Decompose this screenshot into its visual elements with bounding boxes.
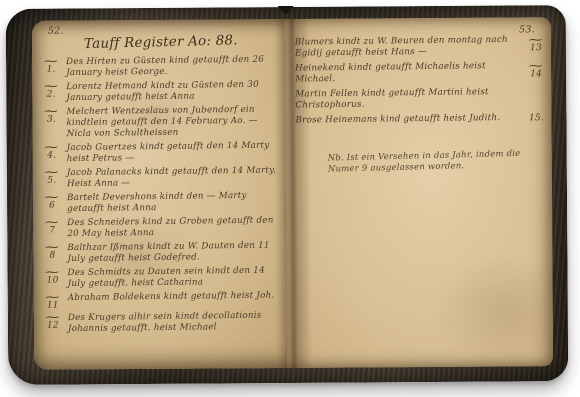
- squiggle-mark: ~: [527, 36, 544, 44]
- squiggle-mark: ~: [528, 62, 545, 70]
- open-pages: 52. Tauff Register Ao: 88. ~ 1. Des Hirt…: [32, 17, 553, 370]
- entry-number-label: 15.: [529, 114, 544, 122]
- page-number-right: 53.: [519, 24, 535, 35]
- entry-number: 15.: [523, 113, 549, 122]
- register-entry: ~ 11 Abraham Boldekens kindt getaufft he…: [38, 291, 281, 310]
- entry-text: Jacob Palanacks kindt getaufft den 14 Ma…: [67, 165, 280, 190]
- entry-text: Brose Heinemans kind getaufft heist Judi…: [295, 113, 523, 127]
- left-entries-list: ~ 1. Des Hirten zu Güsten kind getaufft …: [32, 55, 287, 335]
- register-title: Tauff Register Ao: 88.: [84, 31, 277, 52]
- entry-number: [523, 87, 549, 88]
- entry-text: Des Hirten zu Güsten kind getaufft den 2…: [66, 54, 279, 79]
- entry-number: ~ 11: [38, 293, 68, 310]
- entry-number: NB. ~ 8: [37, 243, 67, 260]
- squiggle-mark: ~: [43, 108, 60, 116]
- squiggle-mark: ~: [43, 144, 60, 152]
- entry-text: Des Schneiders kind zu Groben getaufft d…: [67, 215, 280, 240]
- register-entry: Heinekend kindt getaufft Michaelis heist…: [295, 61, 549, 85]
- entry-number: ~ 4.: [37, 143, 67, 160]
- register-entry: Blumers kindt zu W. Beuren den montag na…: [295, 35, 549, 59]
- entry-number: ~ 12: [38, 313, 68, 330]
- entry-text: Blumers kindt zu W. Beuren den montag na…: [295, 35, 523, 60]
- register-entry: ~ 12 Des Krugers alhir sein kindt decoll…: [38, 311, 281, 335]
- entry-text: Abraham Boldekens kindt getaufft heist J…: [68, 290, 281, 304]
- entry-number: ~ 1.: [36, 57, 66, 74]
- squiggle-mark: ~: [44, 314, 61, 322]
- entry-text: Jacob Guertzes kindt getaufft den 14 Mar…: [67, 140, 280, 165]
- squiggle-mark: ~: [44, 219, 61, 227]
- register-entry: NB. ~ 8 Balthzar Ißmans kindt zu W. Daut…: [37, 241, 280, 265]
- squiggle-mark: ~: [43, 169, 60, 177]
- book-cover-edge: 52. Tauff Register Ao: 88. ~ 1. Des Hirt…: [6, 5, 569, 385]
- entry-number: ~ 14: [523, 61, 549, 78]
- squiggle-mark: ~: [43, 58, 60, 66]
- register-entry: ~ 1. Des Hirten zu Güsten kind getaufft …: [36, 55, 279, 79]
- correction-note: Nb. Ist ein Versehen in das Jahr, indem …: [328, 148, 538, 175]
- page-stain: [433, 254, 553, 365]
- register-entry: ~ 3. Melchert Wentzeslaus von Jubendorf …: [36, 105, 279, 140]
- entry-text: Bartelt Devershons kindt den — Marty get…: [67, 190, 280, 215]
- entry-number: ~ 6: [37, 193, 67, 210]
- squiggle-mark: ~: [44, 244, 61, 252]
- entry-number: ~ 10: [38, 268, 68, 285]
- entry-text: Balthzar Ißmans kindt zu W. Dauten den 1…: [67, 240, 280, 265]
- register-entry: ~ 10 Des Schmidts zu Dauten sein kindt d…: [38, 266, 281, 290]
- entry-text: Des Schmidts zu Dauten sein kindt den 14…: [67, 265, 280, 290]
- entry-text: Martin Fellen kindt getaufft Martini hei…: [295, 87, 523, 112]
- entry-number: ~ 2.: [36, 82, 66, 99]
- squiggle-mark: ~: [44, 269, 61, 277]
- squiggle-mark: ~: [43, 194, 60, 202]
- register-entry: ~ 2. Lorentz Hetmand kindt zu Güsten den…: [36, 80, 279, 104]
- entry-text: Melchert Wentzeslaus von Jubendorf ein k…: [66, 104, 279, 140]
- register-entry: ~ 5. Jacob Palanacks kindt getaufft den …: [37, 166, 280, 190]
- entry-text: Lorentz Hetmand kindt zu Güsten den 30 J…: [66, 79, 279, 104]
- entry-number: ~ 13: [523, 35, 549, 52]
- entry-number: ~ 7: [37, 218, 67, 235]
- left-page: 52. Tauff Register Ao: 88. ~ 1. Des Hirt…: [32, 19, 287, 370]
- page-number-left: 52.: [48, 26, 64, 37]
- entry-number: ~ 5.: [37, 168, 67, 185]
- entry-text: Des Krugers alhir sein kindt decollation…: [68, 310, 281, 335]
- photo-background: 52. Tauff Register Ao: 88. ~ 1. Des Hirt…: [0, 0, 580, 397]
- squiggle-mark: ~: [44, 294, 61, 302]
- entry-number: ~ 3.: [36, 107, 66, 124]
- gutter-notch: [278, 6, 294, 15]
- register-entry: ~ 7 Des Schneiders kind zu Groben getauf…: [37, 216, 280, 240]
- register-entry: ~ 4. Jacob Guertzes kindt getaufft den 1…: [37, 141, 280, 165]
- entry-text: Heinekend kindt getaufft Michaelis heist…: [295, 61, 523, 86]
- register-entry: ~ 6 Bartelt Devershons kindt den — Marty…: [37, 191, 280, 215]
- squiggle-mark: ~: [43, 83, 60, 91]
- register-entry: Brose Heinemans kind getaufft heist Judi…: [295, 113, 549, 126]
- register-entry: Martin Fellen kindt getaufft Martini hei…: [295, 87, 549, 111]
- right-entries-list: Blumers kindt zu W. Beuren den montag na…: [285, 17, 552, 126]
- right-page: 53. Blumers kindt zu W. Beuren den monta…: [285, 17, 553, 368]
